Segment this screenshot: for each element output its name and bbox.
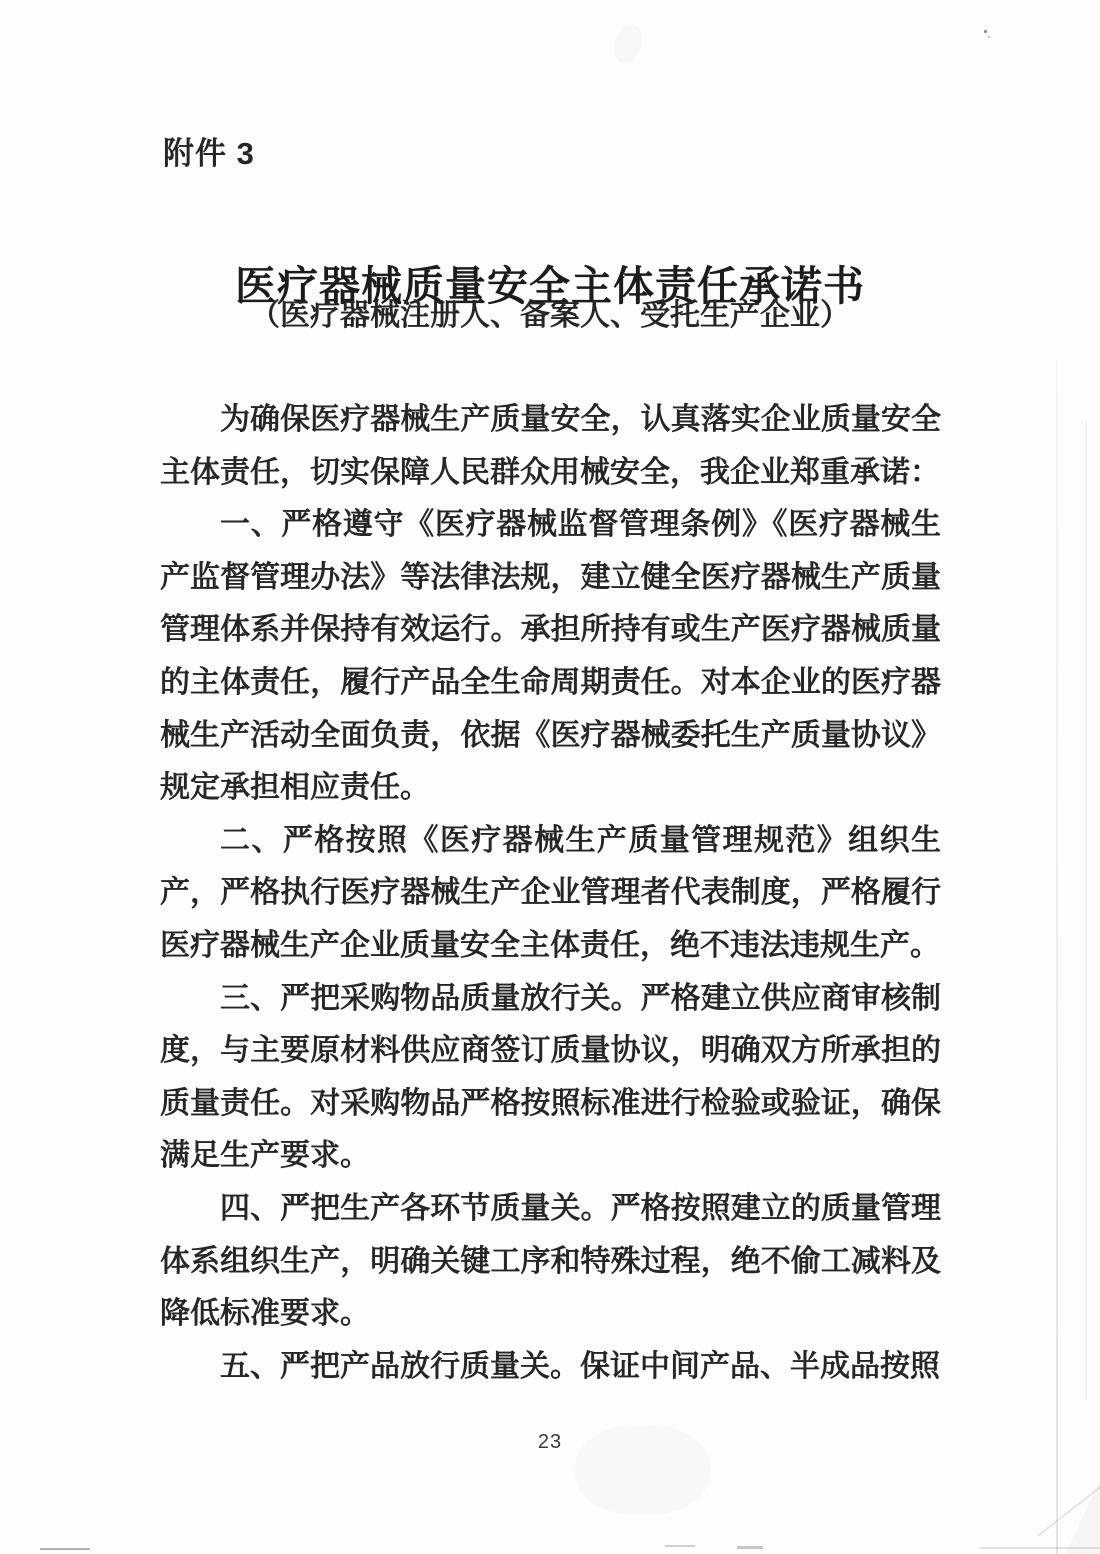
scan-speck (988, 36, 990, 38)
scanned-document-page: 附件 3 医疗器械质量安全主体责任承诺书 （医疗器械注册人、备案人、受托生产企业… (0, 0, 1100, 1554)
body-paragraph-item-1: 一、严格遵守《医疗器械监督管理条例》《医疗器械生产监督管理办法》等法律法规，建立… (160, 499, 941, 815)
scan-speck (984, 30, 987, 33)
scan-mark-dash (737, 1546, 763, 1549)
scan-edge-line-right-faint (1085, 420, 1087, 1400)
scan-mark-bottom-left (40, 1548, 90, 1550)
attachment-label: 附件 3 (163, 128, 255, 173)
scan-edge-line-bottom (980, 1547, 1100, 1549)
body-paragraph-intro: 为确保医疗器械生产质量安全，认真落实企业质量安全主体责任，切实保障人民群众用械安… (160, 394, 941, 499)
body-paragraph-item-5: 五、严把产品放行质量关。保证中间产品、半成品按照 (160, 1341, 941, 1394)
scan-edge-line-right (1056, 360, 1058, 1554)
scan-mark-dash (665, 1545, 695, 1547)
page-number: 23 (0, 1431, 1100, 1454)
scan-corner-shadow (1048, 1470, 1100, 1554)
body-paragraph-item-4: 四、严把生产各环节质量关。严格按照建立的质量管理体系组织生产，明确关键工序和特殊… (160, 1183, 941, 1341)
scan-smudge-top (609, 21, 647, 67)
document-subtitle: （医疗器械注册人、备案人、受托生产企业） (0, 290, 1100, 334)
body-paragraph-item-2: 二、严格按照《医疗器械生产质量管理规范》组织生产，严格执行医疗器械生产企业管理者… (160, 815, 941, 973)
scan-corner-diagonal (1037, 1461, 1100, 1536)
body-paragraph-item-3: 三、严把采购物品质量放行关。严格建立供应商审核制度，与主要原材料供应商签订质量协… (160, 973, 941, 1183)
document-body: 为确保医疗器械生产质量安全，认真落实企业质量安全主体责任，切实保障人民群众用械安… (160, 394, 941, 1393)
